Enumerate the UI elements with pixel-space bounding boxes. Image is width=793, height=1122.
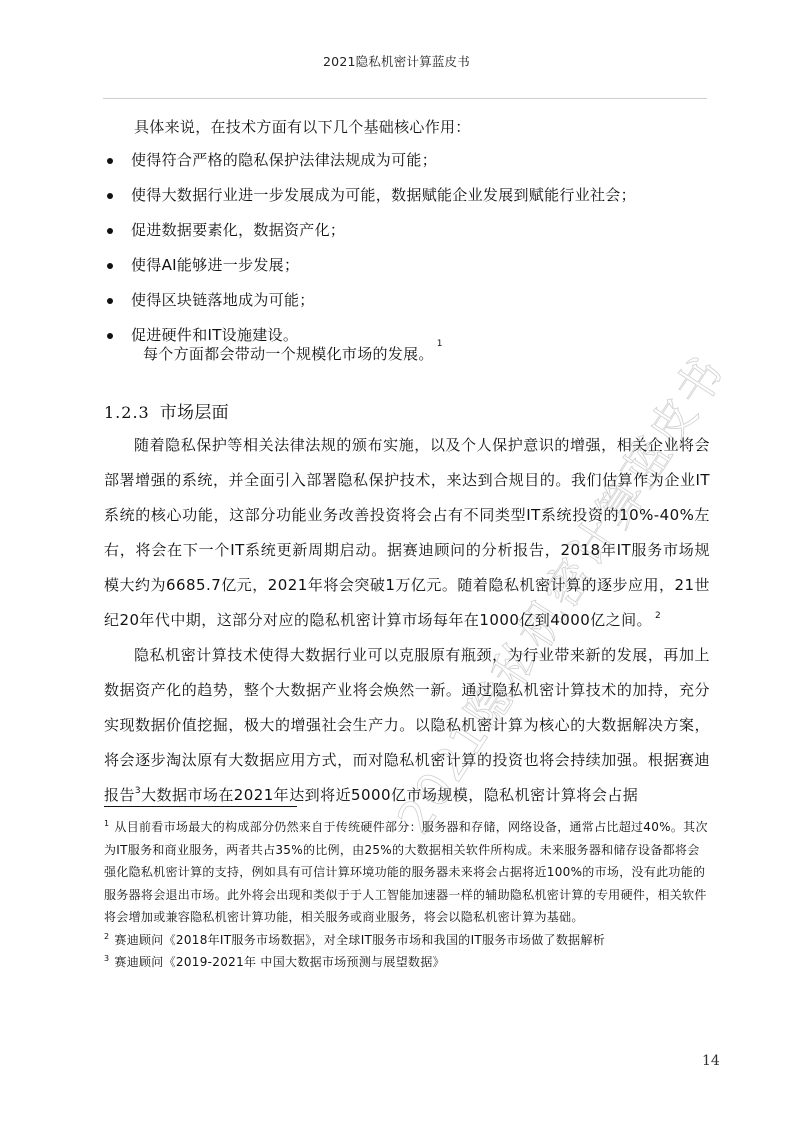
list-item-text: 使得大数据行业进一步发展成为可能，数据赋能企业发展到赋能行业社会； <box>131 186 636 204</box>
footnote-text: 赛迪顾问《2018年IT服务市场数据》，对全球IT服务市场和我国的IT服务市场做… <box>114 933 605 947</box>
page-number: 14 <box>702 1053 720 1069</box>
header-divider <box>103 98 707 99</box>
list-item: 使得区块链落地成为可能； <box>104 283 636 318</box>
list-item-text: 使得区块链落地成为可能； <box>131 291 315 309</box>
footnotes: 1从目前看市场最大的构成部分仍然来自于传统硬件部分：服务器和存储，网络设备，通常… <box>104 816 710 974</box>
footnote-text: 从目前看市场最大的构成部分仍然来自于传统硬件部分：服务器和存储，网络设备，通常占… <box>104 820 708 924</box>
list-item: 使得AI能够进一步发展； <box>104 248 636 283</box>
paragraph-text: 隐私机密计算技术使得大数据行业可以克服原有瓶颈，为行业带来新的发展，再加上数据资… <box>104 646 710 804</box>
footnote-marker: 2 <box>104 932 109 941</box>
section-title: 市场层面 <box>160 403 229 423</box>
intro-closing: 每个方面都会带动一个规模化市场的发展。1 <box>143 343 443 364</box>
footnote-marker: 3 <box>104 954 109 963</box>
paragraph: 隐私机密计算技术使得大数据行业可以克服原有瓶颈，为行业带来新的发展，再加上数据资… <box>104 638 710 813</box>
section-heading: 1.2.3市场层面 <box>104 398 229 423</box>
footnote-ref-link[interactable]: 1 <box>437 339 443 349</box>
list-item: 促进数据要素化，数据资产化； <box>104 213 636 248</box>
section-number: 1.2.3 <box>104 403 150 422</box>
footnote-ref-link[interactable]: 2 <box>655 611 661 621</box>
running-header-title: 2021隐私机密计算蓝皮书 <box>0 52 793 70</box>
list-item-text: 促进数据要素化，数据资产化； <box>131 221 345 239</box>
bullet-icon <box>107 333 113 339</box>
bullet-icon <box>107 298 113 304</box>
bullet-icon <box>107 263 113 269</box>
list-item: 使得大数据行业进一步发展成为可能，数据赋能企业发展到赋能行业社会； <box>104 178 636 213</box>
footnote-separator <box>104 806 297 807</box>
list-item-text: 使得符合严格的隐私保护法律法规成为可能； <box>131 151 437 169</box>
paragraph: 随着隐私保护等相关法律法规的颁布实施，以及个人保护意识的增强，相关企业将会部署增… <box>104 428 710 638</box>
footnote: 2赛迪顾问《2018年IT服务市场数据》，对全球IT服务市场和我国的IT服务市场… <box>104 929 710 952</box>
list-item-text: 使得AI能够进一步发展； <box>131 256 299 274</box>
bullet-icon <box>107 158 113 164</box>
footnote-ref-link[interactable]: 3 <box>135 786 141 796</box>
core-roles-list: 使得符合严格的隐私保护法律法规成为可能； 使得大数据行业进一步发展成为可能，数据… <box>104 143 636 353</box>
body-text: 随着隐私保护等相关法律法规的颁布实施，以及个人保护意识的增强，相关企业将会部署增… <box>104 428 710 813</box>
bullet-icon <box>107 228 113 234</box>
footnote-marker: 1 <box>104 819 109 828</box>
paragraph-text: 随着隐私保护等相关法律法规的颁布实施，以及个人保护意识的增强，相关企业将会部署增… <box>104 436 710 629</box>
list-item-text: 促进硬件和IT设施建设。 <box>131 326 298 344</box>
footnote: 3赛迪顾问《2019-2021年 中国大数据市场预测与展望数据》 <box>104 951 710 974</box>
bullet-icon <box>107 193 113 199</box>
footnote: 1从目前看市场最大的构成部分仍然来自于传统硬件部分：服务器和存储，网络设备，通常… <box>104 816 710 929</box>
list-item: 使得符合严格的隐私保护法律法规成为可能； <box>104 143 636 178</box>
intro-closing-text: 每个方面都会带动一个规模化市场的发展。 <box>143 345 434 363</box>
paragraph-text: 大数据市场在2021年达到将近5000亿市场规模，隐私机密计算将会占据 <box>141 786 638 804</box>
intro-lead: 具体来说，在技术方面有以下几个基础核心作用： <box>134 116 471 137</box>
footnote-text: 赛迪顾问《2019-2021年 中国大数据市场预测与展望数据》 <box>114 955 445 969</box>
